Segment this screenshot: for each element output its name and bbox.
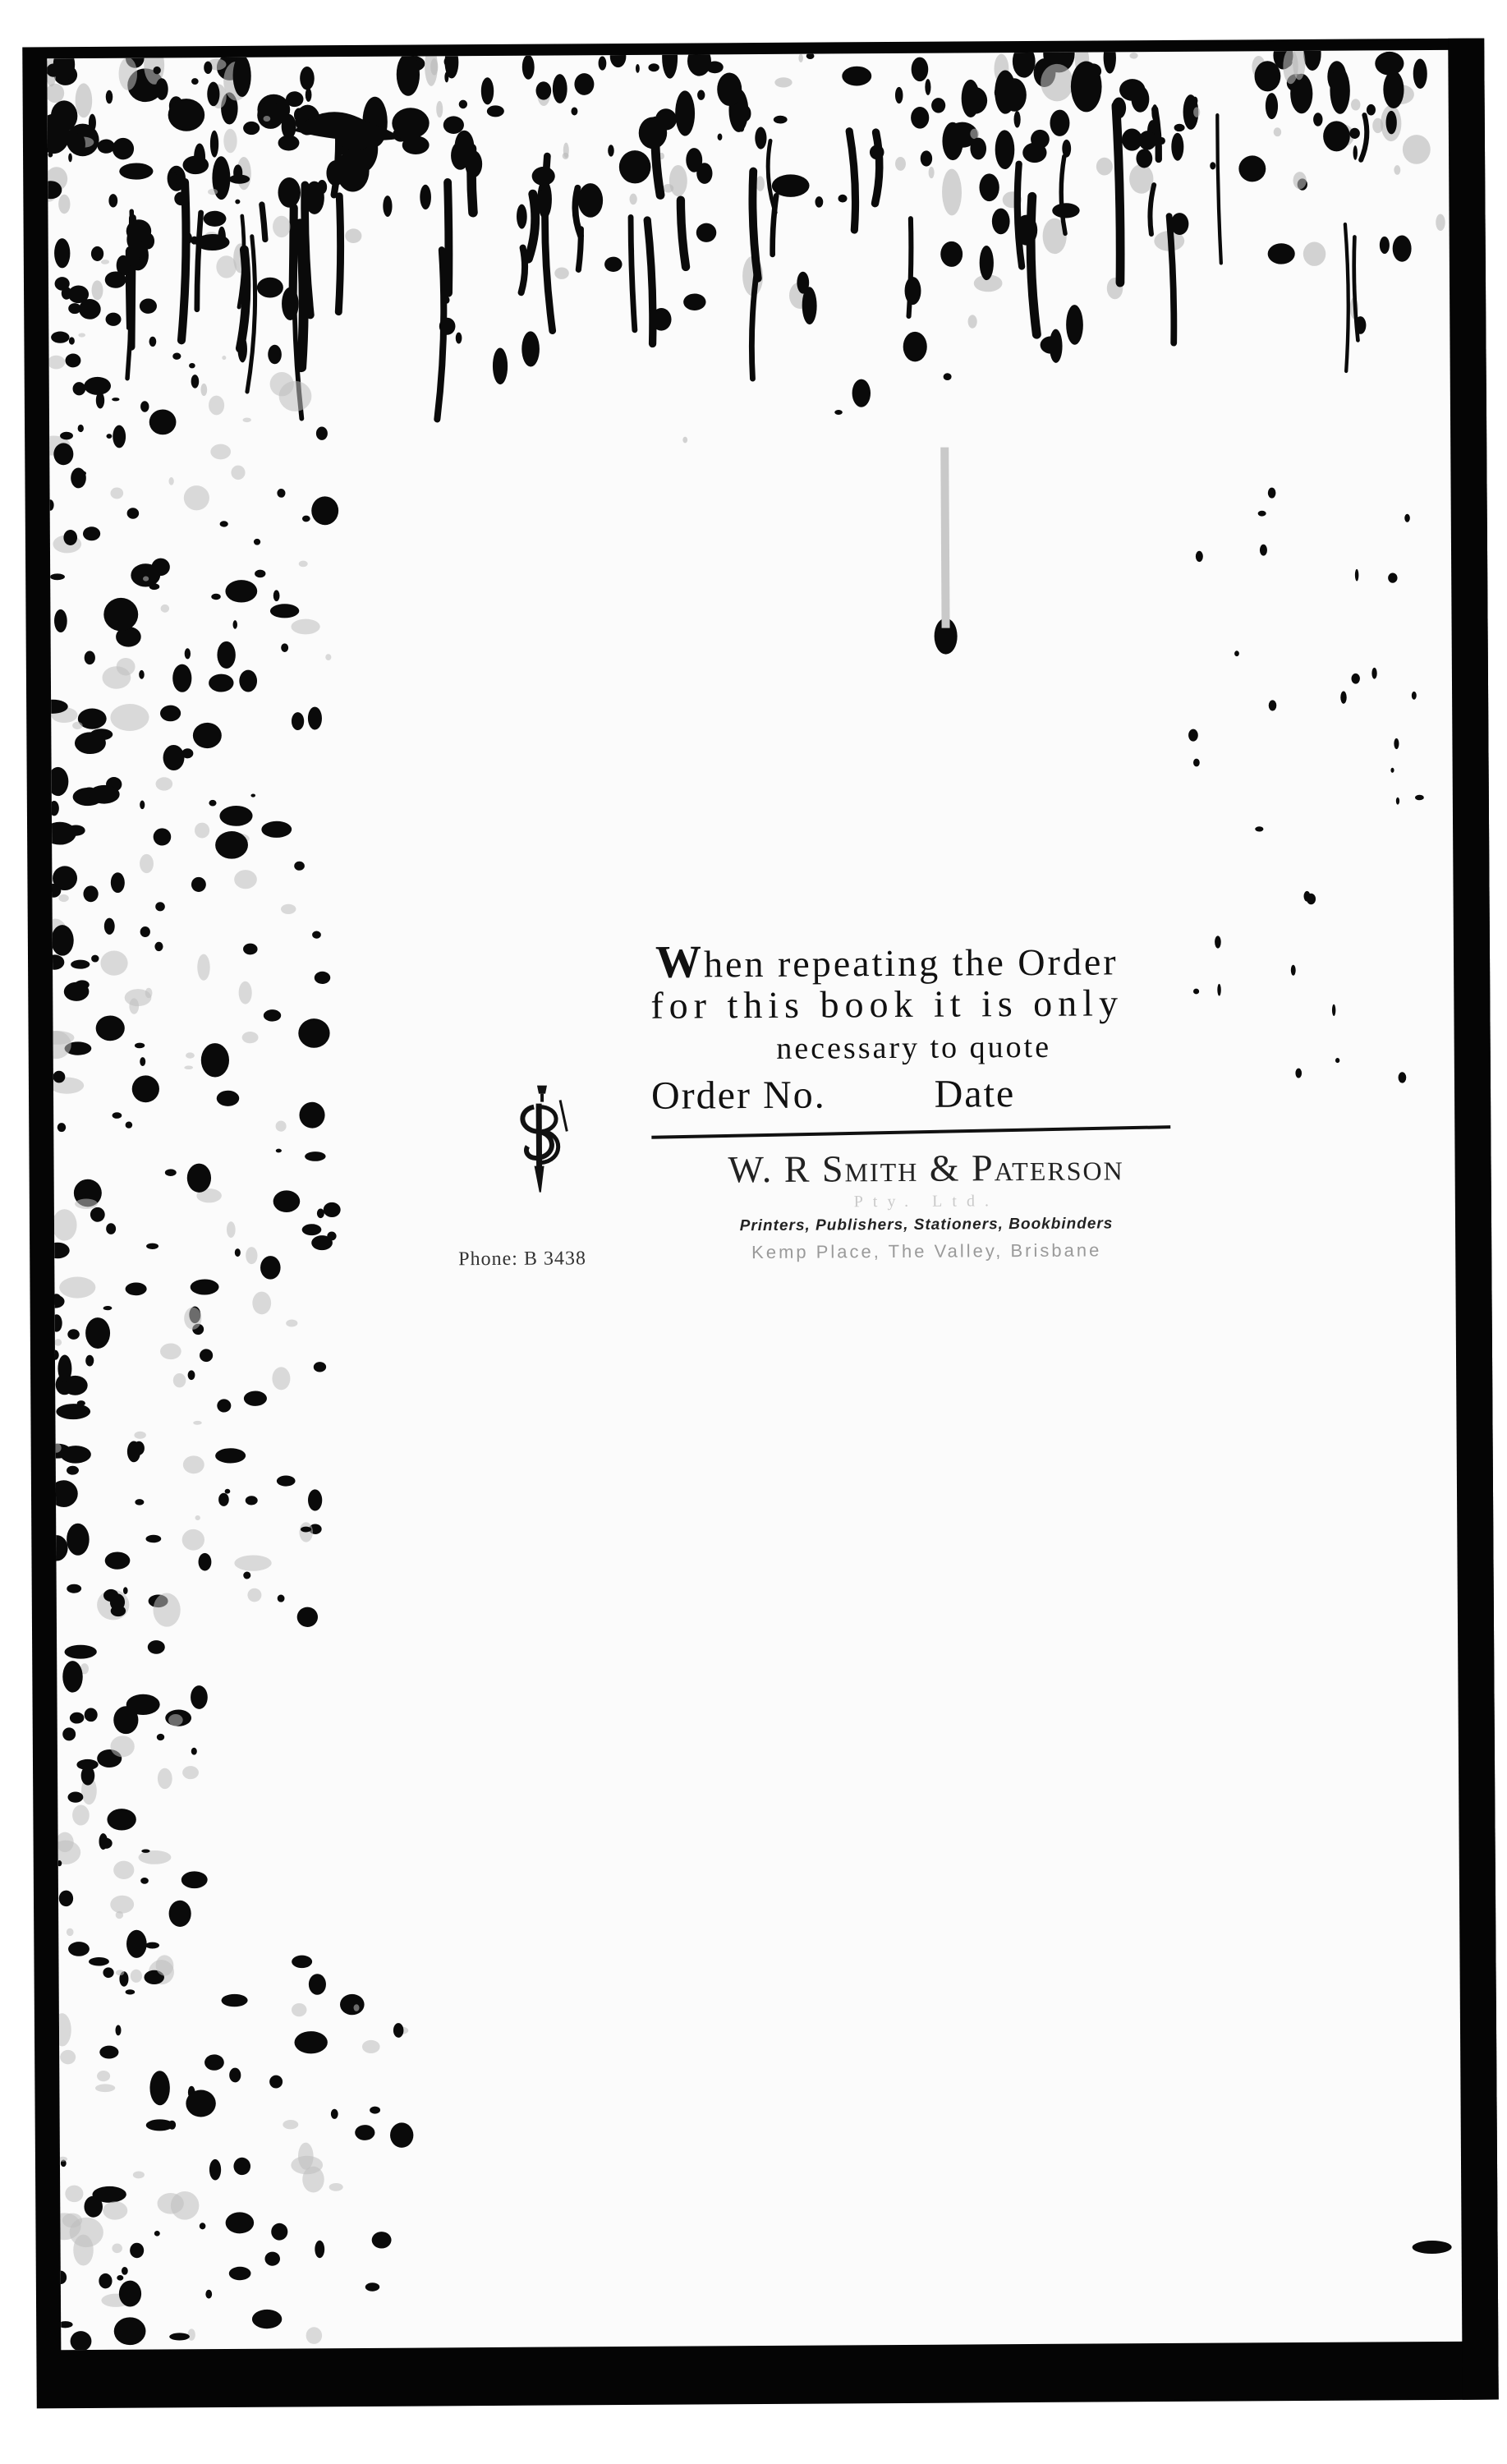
sp-monogram-icon — [509, 1082, 576, 1205]
scan-border: Phone: B 3438 When repeating the Order f… — [22, 39, 1499, 2409]
printer-name: W. R Smith & Paterson — [663, 1144, 1188, 1193]
notice-line-1: When repeating the Order — [650, 939, 1176, 986]
printer-details: W. R Smith & Paterson Pty. Ltd. Printers… — [663, 1144, 1189, 1266]
divider-rule — [651, 1125, 1170, 1139]
document-page: Phone: B 3438 When repeating the Order f… — [47, 50, 1462, 2350]
notice-line-3: necessary to quote — [651, 1023, 1177, 1073]
order-fields: Order No. Date — [651, 1069, 1177, 1120]
reorder-notice: When repeating the Order for this book i… — [650, 939, 1177, 1120]
printer-trades: Printers, Publishers, Stationers, Bookbi… — [664, 1210, 1189, 1241]
notice-line-2: for this book it is only — [650, 982, 1176, 1027]
printer-imprint: Phone: B 3438 When repeating the Order f… — [47, 50, 1462, 2350]
printer-address: Kemp Place, The Valley, Brisbane — [664, 1238, 1189, 1266]
date-label: Date — [934, 1070, 1015, 1119]
notice-line-1-text: hen repeating the Order — [704, 940, 1119, 985]
order-no-label: Order No. — [651, 1072, 826, 1120]
phone-number: Phone: B 3438 — [458, 1248, 586, 1271]
drop-cap: W — [655, 936, 704, 987]
